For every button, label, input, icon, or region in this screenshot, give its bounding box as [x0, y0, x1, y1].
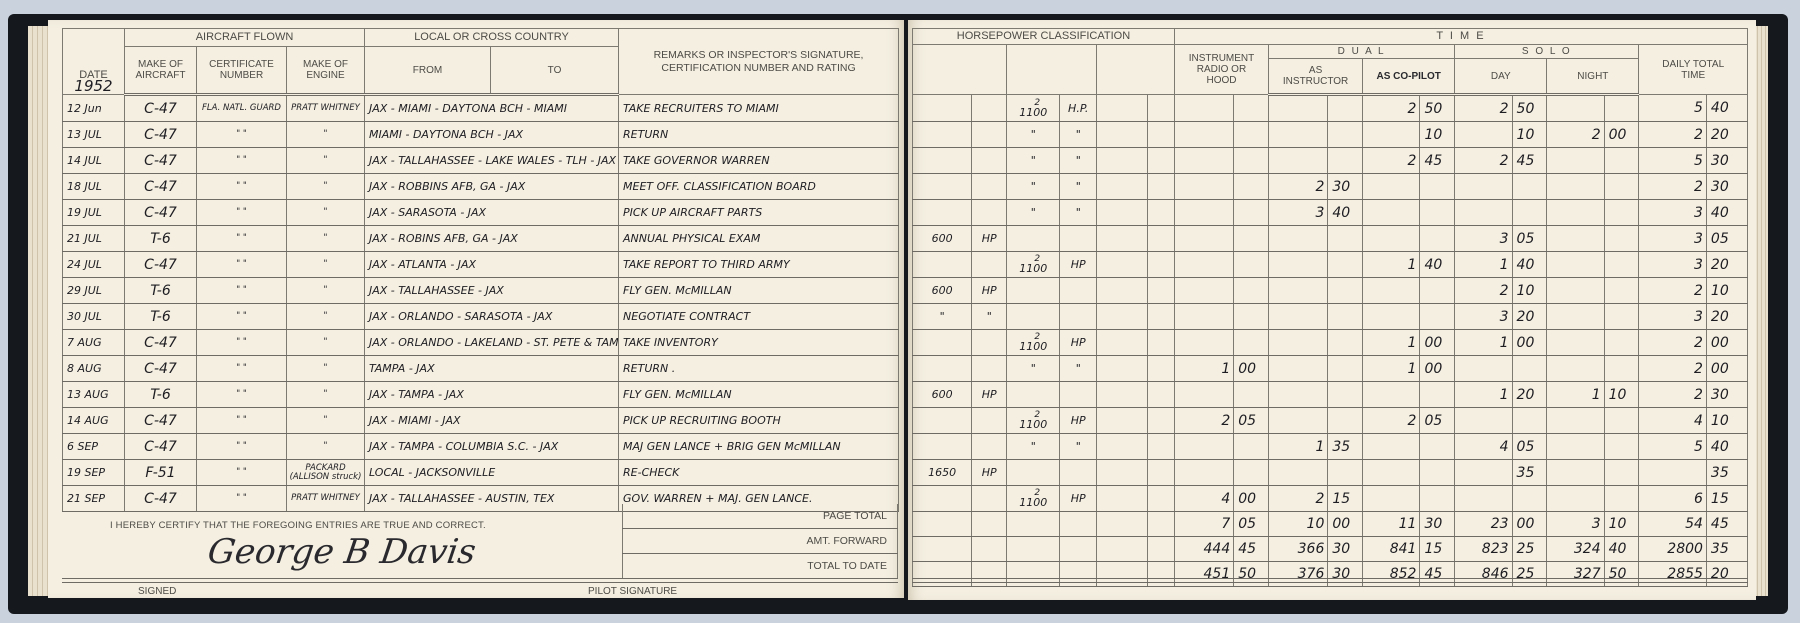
instructor-hours: [1269, 356, 1328, 382]
hp-col-1: [913, 45, 1007, 95]
instrument-hours: [1174, 252, 1233, 278]
hp-value: [1007, 382, 1060, 408]
daily-total-hours: 3: [1639, 304, 1707, 330]
engine-make: ": [287, 382, 365, 408]
time-entry-row: 21100HP400215615: [913, 486, 1748, 512]
solo-day-hours: 1: [1455, 382, 1512, 408]
total-to-date-label: TOTAL TO DATE: [623, 554, 898, 579]
certificate-number: " ": [197, 408, 287, 434]
hp-blank: [972, 537, 1007, 562]
hp-blank: [1148, 537, 1175, 562]
instrument-minutes: [1234, 148, 1269, 174]
hp-blank: [1097, 304, 1148, 330]
copilot-hours: [1363, 304, 1420, 330]
hp-unit: ": [1060, 174, 1097, 200]
instructor-hours: 10: [1269, 512, 1328, 537]
remarks: PICK UP RECRUITING BOOTH: [619, 408, 899, 434]
signed-label: SIGNED: [138, 586, 176, 597]
solo-day-hours: [1455, 460, 1512, 486]
instrument-header: INSTRUMENT RADIO OR HOOD: [1174, 45, 1268, 95]
engine-make: ": [287, 148, 365, 174]
copilot-minutes: 40: [1420, 252, 1455, 278]
hp-value: 21100: [1007, 408, 1060, 434]
hp-unit: [1060, 226, 1097, 252]
instructor-minutes: [1328, 148, 1363, 174]
daily-total-minutes: 35: [1706, 460, 1747, 486]
aircraft-make: C-47: [125, 330, 197, 356]
instructor-minutes: [1328, 252, 1363, 278]
certificate-number: " ": [197, 486, 287, 512]
hp-value: 21100: [1007, 330, 1060, 356]
engine-make: ": [287, 408, 365, 434]
hp-unit: HP: [972, 382, 1007, 408]
solo-day-hours: 23: [1455, 512, 1512, 537]
solo-day-hours: [1455, 200, 1512, 226]
solo-night-minutes: [1604, 95, 1639, 122]
aircraft-make: F-51: [125, 460, 197, 486]
remarks: RETURN: [619, 122, 899, 148]
copilot-minutes: [1420, 226, 1455, 252]
hp-blank: [1097, 356, 1148, 382]
hp-unit: HP: [1060, 408, 1097, 434]
flight-entry-row: 18 JULC-47" ""JAX - ROBBINS AFB, GA - JA…: [63, 174, 899, 200]
time-entry-row: 21100HP205205410: [913, 408, 1748, 434]
flight-entry-row: 29 JULT-6" ""JAX - TALLAHASSEE - JAXFLY …: [63, 278, 899, 304]
hp-blank: [1007, 512, 1060, 537]
instructor-minutes: 40: [1328, 200, 1363, 226]
time-entry-row: 21100HP100100200: [913, 330, 1748, 356]
hp-blank: [1097, 122, 1148, 148]
instructor-hours: [1269, 148, 1328, 174]
to-header: TO: [491, 47, 619, 95]
date-header: DATE1952: [63, 29, 125, 95]
instrument-hours: [1174, 382, 1233, 408]
instructor-hours: 2: [1269, 174, 1328, 200]
solo-night-minutes: [1604, 278, 1639, 304]
amt-forward-row: 4444536630841158232532440280035: [913, 537, 1748, 562]
hp-col-3: [1097, 45, 1175, 95]
time-entry-row: ""245245530: [913, 148, 1748, 174]
instructor-minutes: 00: [1328, 512, 1363, 537]
hp-value: ": [1007, 434, 1060, 460]
instrument-hours: 7: [1174, 512, 1233, 537]
horsepower-header: HORSEPOWER CLASSIFICATION: [913, 29, 1175, 45]
solo-day-minutes: 50: [1512, 95, 1547, 122]
time-entry-row: ""100100200: [913, 356, 1748, 382]
aircraft-make: T-6: [125, 226, 197, 252]
solo-night-minutes: [1604, 486, 1639, 512]
copilot-hours: 2: [1363, 408, 1420, 434]
solo-night-hours: [1547, 200, 1604, 226]
hp-blank: [1060, 537, 1097, 562]
entry-date: 30 JUL: [63, 304, 125, 330]
hp-unit: [972, 252, 1007, 278]
certificate-number: " ": [197, 278, 287, 304]
hp-blank: [1097, 252, 1148, 278]
daily-total-hours: 3: [1639, 226, 1707, 252]
certificate-number: " ": [197, 252, 287, 278]
instrument-minutes: [1234, 434, 1269, 460]
hp-blank: [972, 512, 1007, 537]
solo-header: S O L O: [1455, 45, 1639, 59]
page-edges-left: [28, 26, 50, 596]
hp-unit: [972, 486, 1007, 512]
hp-blank: [1148, 356, 1175, 382]
hp-unit: HP: [1060, 486, 1097, 512]
solo-day-hours: [1455, 122, 1512, 148]
flight-entry-row: 12 JunC-47FLA. NATL. GUARDPRATT WHITNEYJ…: [63, 95, 899, 122]
copilot-minutes: [1420, 304, 1455, 330]
copilot-hours: 1: [1363, 252, 1420, 278]
instrument-hours: [1174, 278, 1233, 304]
certification-statement: I HEREBY CERTIFY THAT THE FOREGOING ENTR…: [110, 520, 486, 531]
copilot-minutes: [1420, 434, 1455, 460]
instrument-hours: [1174, 200, 1233, 226]
entry-date: 13 JUL: [63, 122, 125, 148]
hp-value: [1007, 226, 1060, 252]
instructor-minutes: [1328, 382, 1363, 408]
instrument-minutes: [1234, 174, 1269, 200]
daily-total-minutes: 40: [1706, 434, 1747, 460]
local-cross-country-header: LOCAL OR CROSS COUNTRY: [365, 29, 619, 47]
hp-unit: ": [1060, 356, 1097, 382]
instructor-hours: 366: [1269, 537, 1328, 562]
hp-blank: [1097, 226, 1148, 252]
hp-blank: [1097, 174, 1148, 200]
route: JAX - TAMPA - COLUMBIA S.C. - JAX: [365, 434, 619, 460]
aircraft-make: C-47: [125, 95, 197, 122]
aircraft-make: C-47: [125, 434, 197, 460]
hp-unit: [972, 356, 1007, 382]
copilot-hours: 11: [1363, 512, 1420, 537]
hp-blank: [1148, 200, 1175, 226]
hp-unit: ": [1060, 122, 1097, 148]
hp-unit: [972, 148, 1007, 174]
solo-night-minutes: [1604, 460, 1639, 486]
copilot-hours: [1363, 226, 1420, 252]
copilot-hours: 1: [1363, 330, 1420, 356]
engine-make: PRATT WHITNEY: [287, 486, 365, 512]
hp-blank: [1148, 304, 1175, 330]
copilot-hours: [1363, 278, 1420, 304]
copilot-minutes: [1420, 278, 1455, 304]
entry-date: 19 JUL: [63, 200, 125, 226]
entry-date: 24 JUL: [63, 252, 125, 278]
daily-total-minutes: 40: [1706, 95, 1747, 122]
instrument-minutes: 45: [1234, 537, 1269, 562]
instrument-minutes: [1234, 226, 1269, 252]
instrument-minutes: [1234, 460, 1269, 486]
entry-date: 19 SEP: [63, 460, 125, 486]
entry-date: 21 JUL: [63, 226, 125, 252]
copilot-hours: 1: [1363, 356, 1420, 382]
instrument-hours: [1174, 460, 1233, 486]
hp-unit: [1060, 460, 1097, 486]
instructor-minutes: [1328, 356, 1363, 382]
copilot-minutes: 30: [1420, 512, 1455, 537]
aircraft-make: C-47: [125, 122, 197, 148]
daily-total-hours: 2800: [1639, 537, 1707, 562]
remarks: RE-CHECK: [619, 460, 899, 486]
daily-total-minutes: 20: [1706, 304, 1747, 330]
certificate-number: " ": [197, 382, 287, 408]
certificate-number: " ": [197, 148, 287, 174]
hp-value: [913, 434, 972, 460]
hp-blank: [1148, 226, 1175, 252]
solo-night-minutes: [1604, 200, 1639, 226]
hp-unit: ": [1060, 148, 1097, 174]
route: JAX - ATLANTA - JAX: [365, 252, 619, 278]
solo-night-minutes: [1604, 356, 1639, 382]
solo-day-minutes: 35: [1512, 460, 1547, 486]
route: JAX - MIAMI - DAYTONA BCH - MIAMI: [365, 95, 619, 122]
hp-blank: [1097, 148, 1148, 174]
instrument-hours: [1174, 304, 1233, 330]
solo-day-minutes: [1512, 356, 1547, 382]
solo-night-minutes: [1604, 252, 1639, 278]
daily-total-hours: 6: [1639, 486, 1707, 512]
aircraft-make: T-6: [125, 304, 197, 330]
flight-entry-row: 13 JULC-47" ""MIAMI - DAYTONA BCH - JAXR…: [63, 122, 899, 148]
hp-value: [913, 95, 972, 122]
solo-day-minutes: 45: [1512, 148, 1547, 174]
route: JAX - TAMPA - JAX: [365, 382, 619, 408]
instructor-hours: [1269, 382, 1328, 408]
entry-date: 14 JUL: [63, 148, 125, 174]
flight-entry-row: 13 AUGT-6" ""JAX - TAMPA - JAXFLY GEN. M…: [63, 382, 899, 408]
solo-night-minutes: [1604, 226, 1639, 252]
instrument-hours: 444: [1174, 537, 1233, 562]
solo-night-hours: [1547, 226, 1604, 252]
flight-entry-row: 21 JULT-6" ""JAX - ROBINS AFB, GA - JAXA…: [63, 226, 899, 252]
remarks-header: REMARKS OR INSPECTOR'S SIGNATURE, CERTIF…: [619, 29, 899, 95]
solo-day-hours: 1: [1455, 330, 1512, 356]
hp-value: [913, 486, 972, 512]
copilot-hours: 2: [1363, 95, 1420, 122]
solo-night-hours: [1547, 356, 1604, 382]
copilot-hours: 2: [1363, 148, 1420, 174]
instructor-minutes: [1328, 304, 1363, 330]
solo-day-hours: 4: [1455, 434, 1512, 460]
copilot-minutes: 10: [1420, 122, 1455, 148]
flight-entry-row: 8 AUGC-47" ""TAMPA - JAXRETURN .: [63, 356, 899, 382]
daily-total-minutes: 45: [1706, 512, 1747, 537]
hp-blank: [1148, 95, 1175, 122]
instrument-hours: 4: [1174, 486, 1233, 512]
aircraft-make: C-47: [125, 356, 197, 382]
time-entry-row: ""320320: [913, 304, 1748, 330]
instructor-hours: [1269, 95, 1328, 122]
hp-value: ": [1007, 148, 1060, 174]
instrument-hours: [1174, 95, 1233, 122]
hp-blank: [1148, 486, 1175, 512]
make-of-engine-header: MAKE OF ENGINE: [287, 47, 365, 95]
left-page: DATE1952 AIRCRAFT FLOWN LOCAL OR CROSS C…: [48, 20, 904, 598]
copilot-hours: 841: [1363, 537, 1420, 562]
certificate-number: FLA. NATL. GUARD: [197, 95, 287, 122]
daily-total-hours: 5: [1639, 434, 1707, 460]
hp-unit: [972, 200, 1007, 226]
hp-value: ": [1007, 122, 1060, 148]
copilot-minutes: 50: [1420, 95, 1455, 122]
solo-night-hours: [1547, 252, 1604, 278]
daily-total-hours: 2: [1639, 174, 1707, 200]
entry-date: 12 Jun: [63, 95, 125, 122]
from-header: FROM: [365, 47, 491, 95]
entry-date: 18 JUL: [63, 174, 125, 200]
certificate-number: " ": [197, 330, 287, 356]
hp-blank: [1097, 382, 1148, 408]
flight-entry-row: 19 JULC-47" ""JAX - SARASOTA - JAXPICK U…: [63, 200, 899, 226]
hp-col-2: [1007, 45, 1097, 95]
aircraft-make: T-6: [125, 382, 197, 408]
instrument-minutes: [1234, 252, 1269, 278]
remarks: ANNUAL PHYSICAL EXAM: [619, 226, 899, 252]
solo-day-minutes: [1512, 486, 1547, 512]
hp-unit: ": [1060, 200, 1097, 226]
instructor-hours: [1269, 460, 1328, 486]
solo-day-hours: 2: [1455, 278, 1512, 304]
daily-total-minutes: 30: [1706, 382, 1747, 408]
hp-value: [913, 252, 972, 278]
copilot-hours: [1363, 122, 1420, 148]
aircraft-make: T-6: [125, 278, 197, 304]
time-entry-row: ""340340: [913, 200, 1748, 226]
instructor-hours: [1269, 226, 1328, 252]
engine-make: ": [287, 356, 365, 382]
remarks: FLY GEN. McMILLAN: [619, 382, 899, 408]
solo-day-minutes: 20: [1512, 304, 1547, 330]
instrument-minutes: 00: [1234, 486, 1269, 512]
copilot-minutes: [1420, 200, 1455, 226]
hp-blank: [1097, 330, 1148, 356]
solo-day-hours: 3: [1455, 226, 1512, 252]
page-total-label: PAGE TOTAL: [623, 504, 898, 529]
certificate-number: " ": [197, 174, 287, 200]
daily-total-minutes: 10: [1706, 408, 1747, 434]
instrument-minutes: [1234, 278, 1269, 304]
daily-total-hours: 3: [1639, 252, 1707, 278]
hp-blank: [1148, 434, 1175, 460]
hp-value: [913, 148, 972, 174]
bottom-rule-right: [912, 578, 1748, 583]
route: JAX - TALLAHASSEE - AUSTIN, TEX: [365, 486, 619, 512]
time-entry-row: 600HP210210: [913, 278, 1748, 304]
hp-value: ": [1007, 200, 1060, 226]
solo-day-hours: 2: [1455, 148, 1512, 174]
hp-blank: [1097, 512, 1148, 537]
solo-night-minutes: 10: [1604, 382, 1639, 408]
copilot-hours: [1363, 434, 1420, 460]
daily-total-hours: 5: [1639, 148, 1707, 174]
time-entry-row: 600HP305305: [913, 226, 1748, 252]
totals-labels: PAGE TOTAL AMT. FORWARD TOTAL TO DATE: [622, 504, 898, 579]
solo-day-minutes: 10: [1512, 122, 1547, 148]
daily-total-minutes: 40: [1706, 200, 1747, 226]
solo-night-minutes: [1604, 330, 1639, 356]
engine-make: PACKARD (ALLISON struck): [287, 460, 365, 486]
hp-unit: [972, 434, 1007, 460]
hp-blank: [1097, 434, 1148, 460]
make-of-aircraft-header: MAKE OF AIRCRAFT: [125, 47, 197, 95]
as-instructor-header: AS INSTRUCTOR: [1269, 59, 1363, 95]
solo-day-minutes: [1512, 408, 1547, 434]
solo-day-minutes: 00: [1512, 512, 1547, 537]
solo-day-minutes: 05: [1512, 226, 1547, 252]
hp-unit: [1060, 304, 1097, 330]
hp-value: [913, 330, 972, 356]
route: TAMPA - JAX: [365, 356, 619, 382]
copilot-hours: [1363, 460, 1420, 486]
daily-total-hours: 2: [1639, 356, 1707, 382]
flight-entry-row: 6 SEPC-47" ""JAX - TAMPA - COLUMBIA S.C.…: [63, 434, 899, 460]
instructor-minutes: 30: [1328, 174, 1363, 200]
route: JAX - ORLANDO - SARASOTA - JAX: [365, 304, 619, 330]
instrument-minutes: 05: [1234, 512, 1269, 537]
copilot-minutes: 45: [1420, 148, 1455, 174]
solo-night-hours: [1547, 95, 1604, 122]
entry-date: 6 SEP: [63, 434, 125, 460]
instrument-minutes: 05: [1234, 408, 1269, 434]
time-entry-row: ""1010200220: [913, 122, 1748, 148]
instructor-minutes: 35: [1328, 434, 1363, 460]
solo-day-hours: [1455, 356, 1512, 382]
hp-blank: [1060, 512, 1097, 537]
solo-night-minutes: [1604, 148, 1639, 174]
hp-unit: ": [1060, 434, 1097, 460]
page-edges-right: [1754, 26, 1768, 596]
hp-blank: [1148, 330, 1175, 356]
hp-blank: [913, 537, 972, 562]
solo-night-hours: [1547, 408, 1604, 434]
instructor-hours: 1: [1269, 434, 1328, 460]
time-entry-row: ""230230: [913, 174, 1748, 200]
right-page: HORSEPOWER CLASSIFICATION T I M E INSTRU…: [908, 20, 1756, 600]
certificate-number: " ": [197, 122, 287, 148]
instrument-minutes: 00: [1234, 356, 1269, 382]
entry-date: 14 AUG: [63, 408, 125, 434]
daily-total-minutes: 20: [1706, 252, 1747, 278]
instructor-minutes: [1328, 122, 1363, 148]
solo-day-minutes: [1512, 174, 1547, 200]
hp-blank: [1097, 200, 1148, 226]
hp-blank: [1148, 252, 1175, 278]
daily-total-hours: 2: [1639, 122, 1707, 148]
hp-blank: [1097, 278, 1148, 304]
time-header: T I M E: [1174, 29, 1747, 45]
solo-day-hours: 1: [1455, 252, 1512, 278]
remarks: FLY GEN. McMILLAN: [619, 278, 899, 304]
solo-night-hours: [1547, 486, 1604, 512]
route: JAX - SARASOTA - JAX: [365, 200, 619, 226]
solo-night-hours: 324: [1547, 537, 1604, 562]
copilot-minutes: [1420, 460, 1455, 486]
hp-value: 1650: [913, 460, 972, 486]
daily-total-hours: 4: [1639, 408, 1707, 434]
engine-make: PRATT WHITNEY: [287, 95, 365, 122]
instrument-minutes: [1234, 330, 1269, 356]
certificate-number: " ": [197, 434, 287, 460]
solo-day-minutes: 40: [1512, 252, 1547, 278]
instrument-minutes: [1234, 200, 1269, 226]
daily-total-minutes: 30: [1706, 148, 1747, 174]
night-header: NIGHT: [1547, 59, 1639, 95]
hp-unit: HP: [1060, 330, 1097, 356]
instructor-hours: [1269, 330, 1328, 356]
aircraft-make: C-47: [125, 486, 197, 512]
hp-value: [1007, 304, 1060, 330]
route: JAX - ROBBINS AFB, GA - JAX: [365, 174, 619, 200]
